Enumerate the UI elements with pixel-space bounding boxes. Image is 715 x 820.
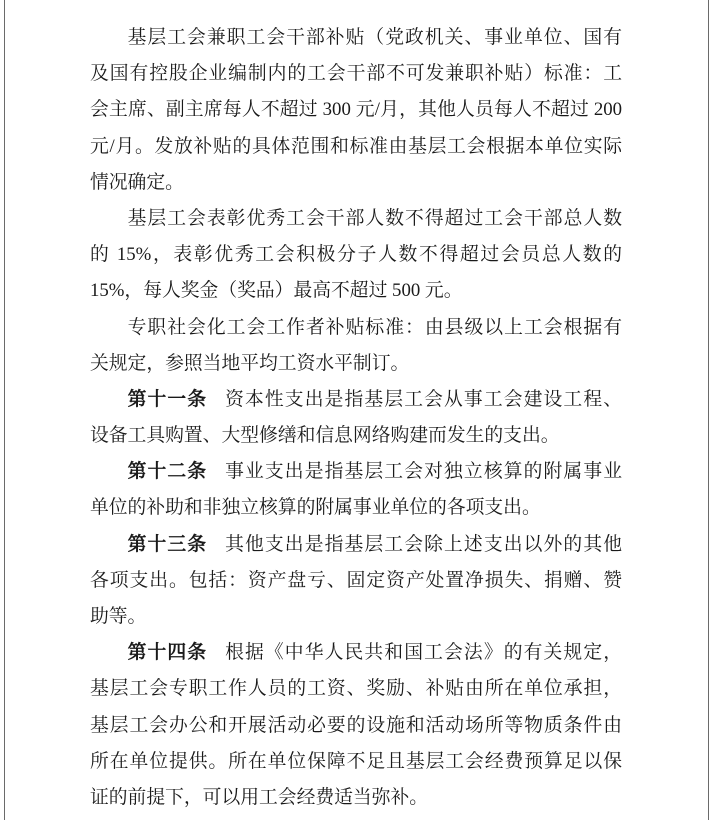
- document-body: 基层工会兼职工会干部补贴（党政机关、事业单位、国有及国有控股企业编制内的工会干部…: [90, 20, 622, 816]
- text-line: 第十四条根据《中华人民共和国工会法》的有关规定，: [90, 635, 622, 671]
- paragraph: 第十四条根据《中华人民共和国工会法》的有关规定，基层工会专职工作人员的工资、奖励…: [90, 635, 622, 816]
- line-text: 各项支出。包括：资产盘亏、固定资产处置净损失、捐赠、赞: [90, 570, 622, 591]
- paragraph: 专职社会化工会工作者补贴标准：由县级以上工会根据有关规定，参照当地平均工资水平制…: [90, 310, 622, 382]
- line-text: 设备工具购置、大型修缮和信息网络购建而发生的支出。: [90, 425, 560, 446]
- line-text: 单位的补助和非独立核算的附属事业单位的各项支出。: [90, 497, 541, 518]
- text-line: 助等。: [90, 599, 622, 635]
- text-line: 基层工会专职工作人员的工资、奖励、补贴由所在单位承担，: [90, 671, 622, 707]
- text-line: 15%，每人奖金（奖品）最高不超过 500 元。: [90, 273, 622, 309]
- line-text: 会主席、副主席每人不超过 300 元/月，其他人员每人不超过 200: [90, 99, 622, 120]
- line-text: 的 15%，表彰优秀工会积极分子人数不得超过会员总人数的: [90, 244, 622, 265]
- text-line: 所在单位提供。所在单位保障不足且基层工会经费预算足以保: [90, 744, 622, 780]
- paragraph: 第十一条资本性支出是指基层工会从事工会建设工程、设备工具购置、大型修缮和信息网络…: [90, 382, 622, 454]
- paragraph: 第十三条其他支出是指基层工会除上述支出以外的其他各项支出。包括：资产盘亏、固定资…: [90, 527, 622, 636]
- text-line: 关规定，参照当地平均工资水平制订。: [90, 346, 622, 382]
- article-number: 第十四条: [128, 642, 208, 663]
- text-line: 第十三条其他支出是指基层工会除上述支出以外的其他: [90, 527, 622, 563]
- line-text: 根据《中华人民共和国工会法》的有关规定，: [225, 642, 622, 663]
- text-line: 设备工具购置、大型修缮和信息网络购建而发生的支出。: [90, 418, 622, 454]
- text-line: 专职社会化工会工作者补贴标准：由县级以上工会根据有: [90, 310, 622, 346]
- text-line: 基层工会办公和开展活动必要的设施和活动场所等物质条件由: [90, 708, 622, 744]
- line-text: 情况确定。: [90, 172, 184, 193]
- article-number: 第十二条: [128, 461, 208, 482]
- line-text: 关规定，参照当地平均工资水平制订。: [90, 353, 409, 374]
- text-line: 的 15%，表彰优秀工会积极分子人数不得超过会员总人数的: [90, 237, 622, 273]
- text-line: 情况确定。: [90, 165, 622, 201]
- line-text: 基层工会办公和开展活动必要的设施和活动场所等物质条件由: [90, 715, 622, 736]
- text-line: 基层工会兼职工会干部补贴（党政机关、事业单位、国有: [90, 20, 622, 56]
- line-text: 助等。: [90, 606, 146, 627]
- text-line: 元/月。发放补贴的具体范围和标准由基层工会根据本单位实际: [90, 129, 622, 165]
- text-line: 及国有控股企业编制内的工会干部不可发兼职补贴）标准：工: [90, 56, 622, 92]
- line-text: 其他支出是指基层工会除上述支出以外的其他: [225, 534, 622, 555]
- text-line: 证的前提下，可以用工会经费适当弥补。: [90, 780, 622, 816]
- line-text: 及国有控股企业编制内的工会干部不可发兼职补贴）标准：工: [90, 63, 622, 84]
- article-number: 第十一条: [128, 389, 208, 410]
- line-text: 元/月。发放补贴的具体范围和标准由基层工会根据本单位实际: [90, 136, 622, 157]
- article-number: 第十三条: [128, 534, 208, 555]
- paragraph: 基层工会兼职工会干部补贴（党政机关、事业单位、国有及国有控股企业编制内的工会干部…: [90, 20, 622, 201]
- text-line: 会主席、副主席每人不超过 300 元/月，其他人员每人不超过 200: [90, 92, 622, 128]
- paragraph: 基层工会表彰优秀工会干部人数不得超过工会干部总人数的 15%，表彰优秀工会积极分…: [90, 201, 622, 310]
- line-text: 15%，每人奖金（奖品）最高不超过 500 元。: [90, 280, 463, 301]
- document-page: 基层工会兼职工会干部补贴（党政机关、事业单位、国有及国有控股企业编制内的工会干部…: [4, 0, 709, 820]
- text-line: 基层工会表彰优秀工会干部人数不得超过工会干部总人数: [90, 201, 622, 237]
- line-text: 基层工会专职工作人员的工资、奖励、补贴由所在单位承担，: [90, 678, 622, 699]
- text-line: 第十二条事业支出是指基层工会对独立核算的附属事业: [90, 454, 622, 490]
- line-text: 证的前提下，可以用工会经费适当弥补。: [90, 787, 428, 808]
- line-text: 所在单位提供。所在单位保障不足且基层工会经费预算足以保: [90, 751, 622, 772]
- text-line: 单位的补助和非独立核算的附属事业单位的各项支出。: [90, 490, 622, 526]
- line-text: 基层工会表彰优秀工会干部人数不得超过工会干部总人数: [128, 208, 622, 229]
- text-line: 各项支出。包括：资产盘亏、固定资产处置净损失、捐赠、赞: [90, 563, 622, 599]
- line-text: 事业支出是指基层工会对独立核算的附属事业: [225, 461, 622, 482]
- line-text: 资本性支出是指基层工会从事工会建设工程、: [225, 389, 622, 410]
- line-text: 专职社会化工会工作者补贴标准：由县级以上工会根据有: [128, 317, 622, 338]
- text-line: 第十一条资本性支出是指基层工会从事工会建设工程、: [90, 382, 622, 418]
- paragraph: 第十二条事业支出是指基层工会对独立核算的附属事业单位的补助和非独立核算的附属事业…: [90, 454, 622, 526]
- line-text: 基层工会兼职工会干部补贴（党政机关、事业单位、国有: [128, 27, 622, 48]
